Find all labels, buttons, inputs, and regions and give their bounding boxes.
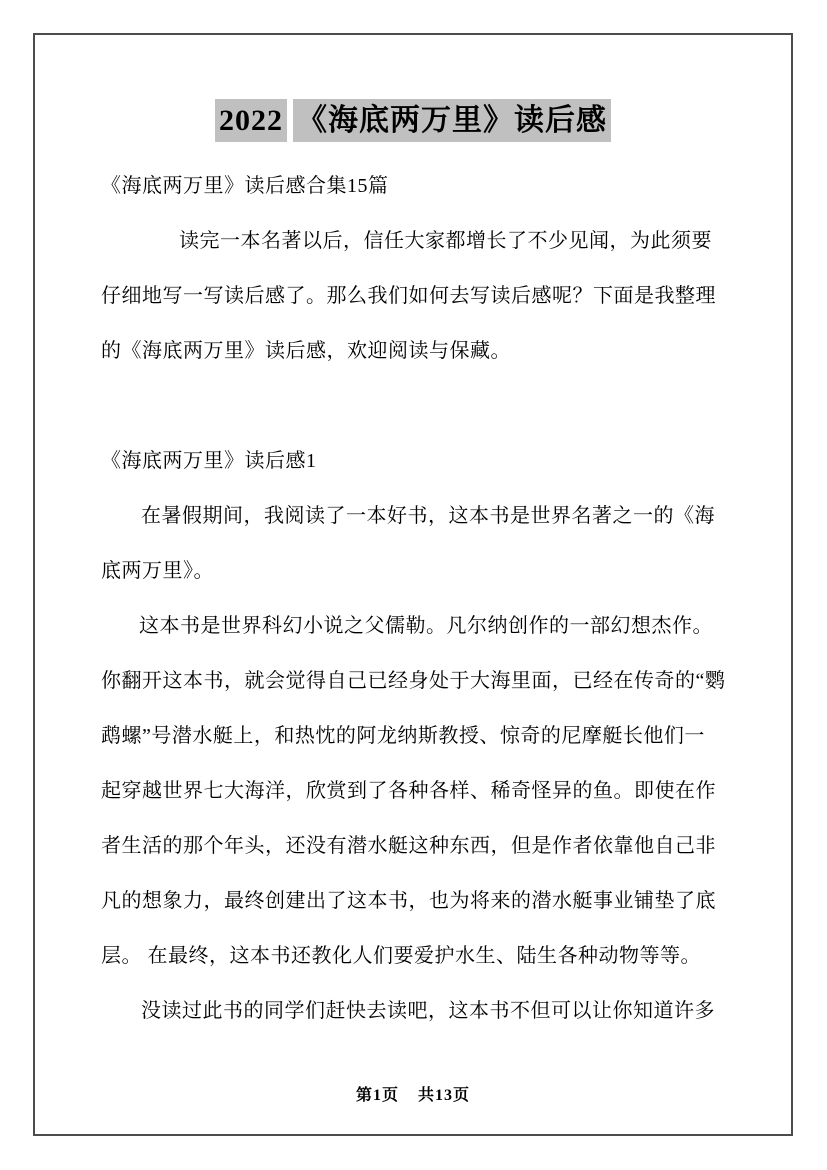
body-line: 在暑假期间，我阅读了一本好书，这本书是世界名著之一的《海: [101, 489, 729, 544]
body-line: 起穿越世界七大海洋，欣赏到了各种各样、稀奇怪异的鱼。即使在作: [101, 764, 729, 819]
page-footer: 第1页 共13页: [35, 1082, 791, 1105]
body-line: 层。 在最终，这本书还教化人们要爱护水生、陆生各种动物等等。: [101, 929, 729, 984]
body-line: 你翻开这本书，就会觉得自己已经身处于大海里面，已经在传奇的“鹦: [101, 654, 729, 709]
body-line: 《海底两万里》读后感合集15篇: [101, 159, 729, 214]
body-line: 这本书是世界科幻小说之父儒勒。凡尔纳创作的一部幻想杰作。: [101, 599, 729, 654]
body-line: 仔细地写一写读后感了。那么我们如何去写读后感呢？下面是我整理: [101, 269, 729, 324]
body-line: 读完一本名著以后，信任大家都增长了不少见闻，为此须要: [101, 214, 729, 269]
body-line: 鹉螺”号潜水艇上，和热忱的阿龙纳斯教授、惊奇的尼摩艇长他们一: [101, 709, 729, 764]
body-line: 的《海底两万里》读后感，欢迎阅读与保藏。: [101, 324, 729, 379]
footer-total-pages: 共13页: [418, 1087, 470, 1104]
title-main: 《海底两万里》读后感: [293, 99, 611, 142]
title-year: 2022: [215, 99, 287, 142]
body-line: 者生活的那个年头，还没有潜水艇这种东西，但是作者依靠他自己非: [101, 819, 729, 874]
body-line: 底两万里》。: [101, 544, 729, 599]
document-body: 《海底两万里》读后感合集15篇读完一本名著以后，信任大家都增长了不少见闻，为此须…: [35, 159, 791, 1039]
page-title: 2022《海底两万里》读后感: [35, 99, 791, 142]
body-line: 《海底两万里》读后感1: [101, 434, 729, 489]
blank-line: [101, 379, 729, 434]
body-line: 没读过此书的同学们赶快去读吧，这本书不但可以让你知道许多: [101, 984, 729, 1039]
document-page: 2022《海底两万里》读后感 《海底两万里》读后感合集15篇读完一本名著以后，信…: [33, 33, 793, 1136]
footer-current-page: 第1页: [356, 1087, 399, 1104]
canvas: { "canvas": { "background_color": "#ffff…: [0, 0, 827, 1170]
body-line: 凡的想象力，最终创建出了这本书，也为将来的潜水艇事业铺垫了底: [101, 874, 729, 929]
